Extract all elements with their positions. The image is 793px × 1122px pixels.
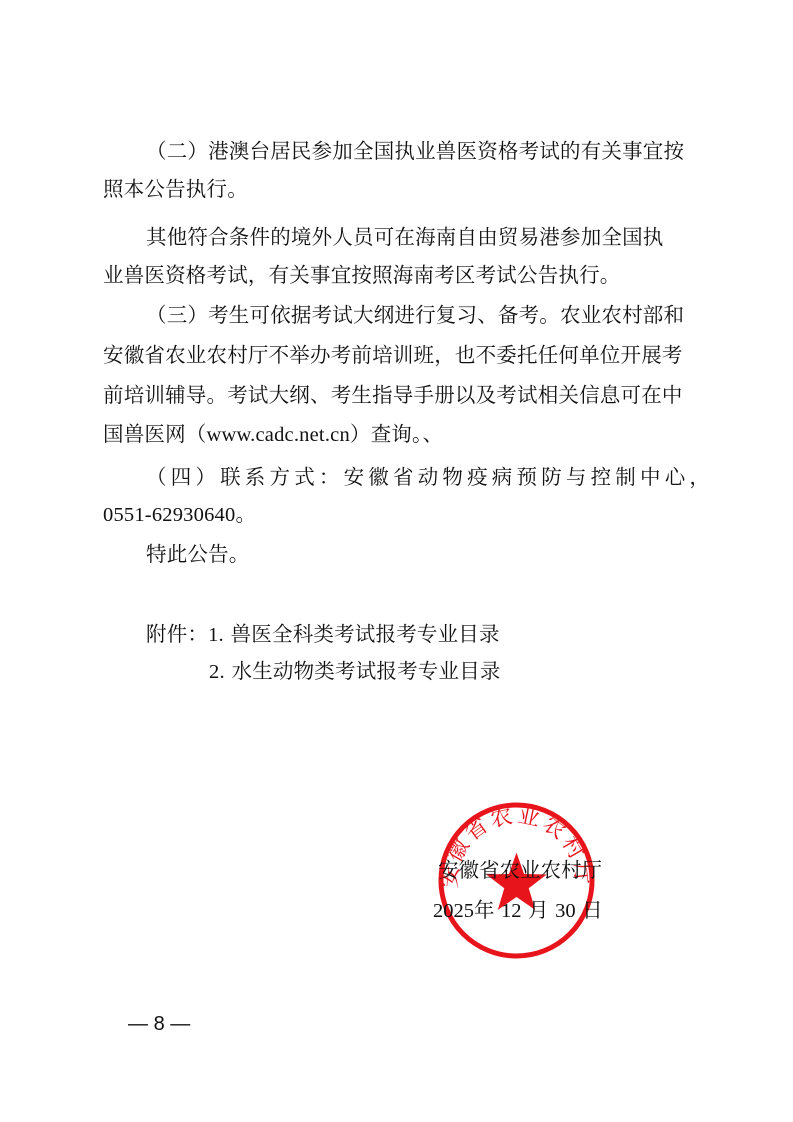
- attachment-title[interactable]: 兽医全科类考试报考专业目录: [231, 622, 500, 646]
- paragraph-line: 前培训辅导。考试大纲、考生指导手册以及考试相关信息可在中: [103, 381, 683, 409]
- page-number-footer: — 8 —: [128, 1013, 190, 1036]
- contact-phone: 0551-62930640: [103, 504, 235, 526]
- paragraph-line: 安徽省农业农村厅不举办考前培训班，也不委托任何单位开展考: [103, 341, 683, 369]
- signature-org: 安徽省农业农村厅: [438, 856, 602, 884]
- attachment-item: 2. 水生动物类考试报考专业目录: [209, 657, 501, 686]
- signature-date: 2025年 12 月 30 日: [433, 896, 603, 925]
- paragraph-line: （四）联系方式：安徽省动物疫病预防与控制中心，: [146, 463, 714, 491]
- footer-dash: —: [170, 1013, 190, 1035]
- attachment-number: 2.: [209, 661, 225, 683]
- date-year: 2025: [433, 900, 474, 922]
- attachment-title[interactable]: 水生动物类考试报考专业目录: [232, 659, 501, 683]
- date-day: 30: [555, 900, 576, 922]
- attachment-item: 附件：1. 兽医全科类考试报考专业目录: [146, 620, 500, 649]
- attachment-label: 附件：: [146, 622, 208, 646]
- page-number: 8: [154, 1013, 165, 1035]
- paragraph-line: 照本公告执行。: [103, 175, 248, 203]
- closing-line: 特此公告。: [146, 540, 250, 568]
- date-month: 12: [501, 900, 522, 922]
- date-unit: 月: [528, 898, 549, 922]
- paragraph-line: （三）考生可依据考试大纲进行复习、备考。农业农村部和: [146, 301, 684, 329]
- paragraph-line: （二）港澳台居民参加全国执业兽医资格考试的有关事宜按: [146, 137, 684, 165]
- paragraph-line: 国兽医网（www.cadc.net.cn）查询。、: [103, 420, 443, 449]
- paragraph-line: 0551-62930640。: [103, 500, 256, 529]
- footer-dash: —: [128, 1013, 148, 1035]
- website-link[interactable]: www.cadc.net.cn: [207, 424, 350, 446]
- text-segment: 。: [235, 502, 256, 526]
- paragraph-line: 业兽医资格考试，有关事宜按照海南考区考试公告执行。: [103, 261, 621, 289]
- date-unit: 日: [582, 898, 603, 922]
- text-segment: 国兽医网（: [103, 422, 207, 446]
- paragraph-line: 其他符合条件的境外人员可在海南自由贸易港参加全国执: [146, 223, 664, 251]
- attachment-number: 1.: [208, 624, 224, 646]
- date-unit: 年: [474, 898, 495, 922]
- text-segment: ）查询。、: [350, 422, 443, 446]
